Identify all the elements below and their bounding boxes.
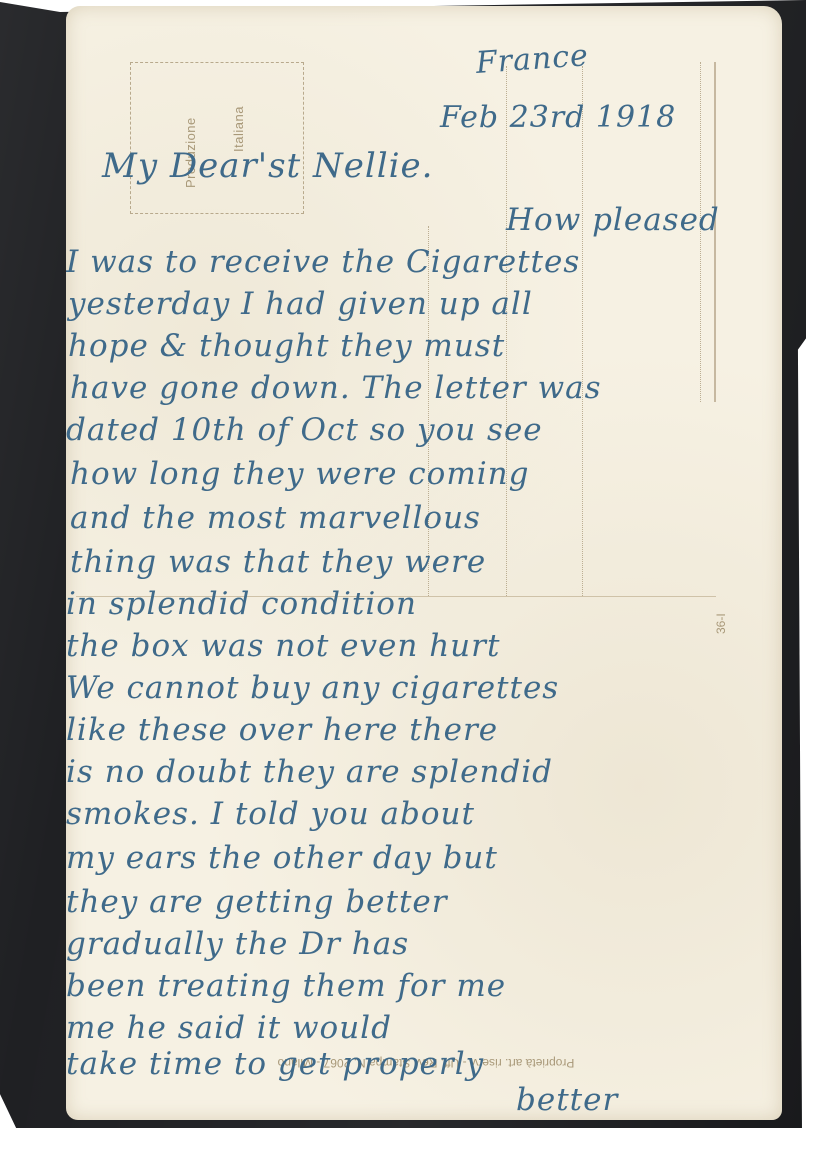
- letter-salutation: My Dear'st Nellie.: [102, 146, 433, 186]
- dotted-divider-2: [506, 66, 507, 596]
- letter-line: How pleased: [506, 202, 720, 238]
- postcard: Produzione Italiana 36-I Proprietà art. …: [66, 6, 782, 1120]
- letter-line: and the most marvellous: [70, 500, 481, 536]
- stamp-box: [130, 62, 304, 214]
- letter-line: my ears the other day but: [66, 840, 498, 876]
- letter-line: yesterday I had given up all: [68, 286, 533, 322]
- printed-side-code: 36-I: [714, 613, 728, 634]
- letter-line: hope & thought they must: [68, 328, 505, 364]
- letter-line: dated 10th of Oct so you see: [66, 412, 543, 448]
- letter-date: Feb 23rd 1918: [440, 100, 676, 135]
- letter-line: is no doubt they are splendid: [66, 754, 553, 790]
- letter-line: gradually the Dr has: [66, 926, 409, 962]
- letter-line: smokes. I told you about: [66, 796, 475, 832]
- letter-line: take time to get properly: [66, 1046, 484, 1082]
- letter-place: France: [475, 38, 590, 81]
- letter-line: been treating them for me: [66, 968, 506, 1004]
- letter-line: better: [516, 1082, 618, 1118]
- letter-line: like these over here there: [66, 712, 498, 748]
- letter-line: in splendid condition: [66, 586, 417, 622]
- dotted-divider-3: [582, 66, 583, 596]
- letter-line: thing was that they were: [70, 544, 486, 580]
- letter-line: me he said it would: [66, 1010, 392, 1046]
- letter-line: they are getting better: [66, 884, 448, 920]
- letter-line: have gone down. The letter was: [70, 370, 602, 406]
- letter-line: We cannot buy any cigarettes: [66, 670, 559, 706]
- dotted-divider-1: [428, 226, 429, 596]
- letter-line: I was to receive the Cigarettes: [66, 244, 580, 280]
- letter-line: how long they were coming: [70, 456, 529, 492]
- letter-line: the box was not even hurt: [66, 628, 500, 664]
